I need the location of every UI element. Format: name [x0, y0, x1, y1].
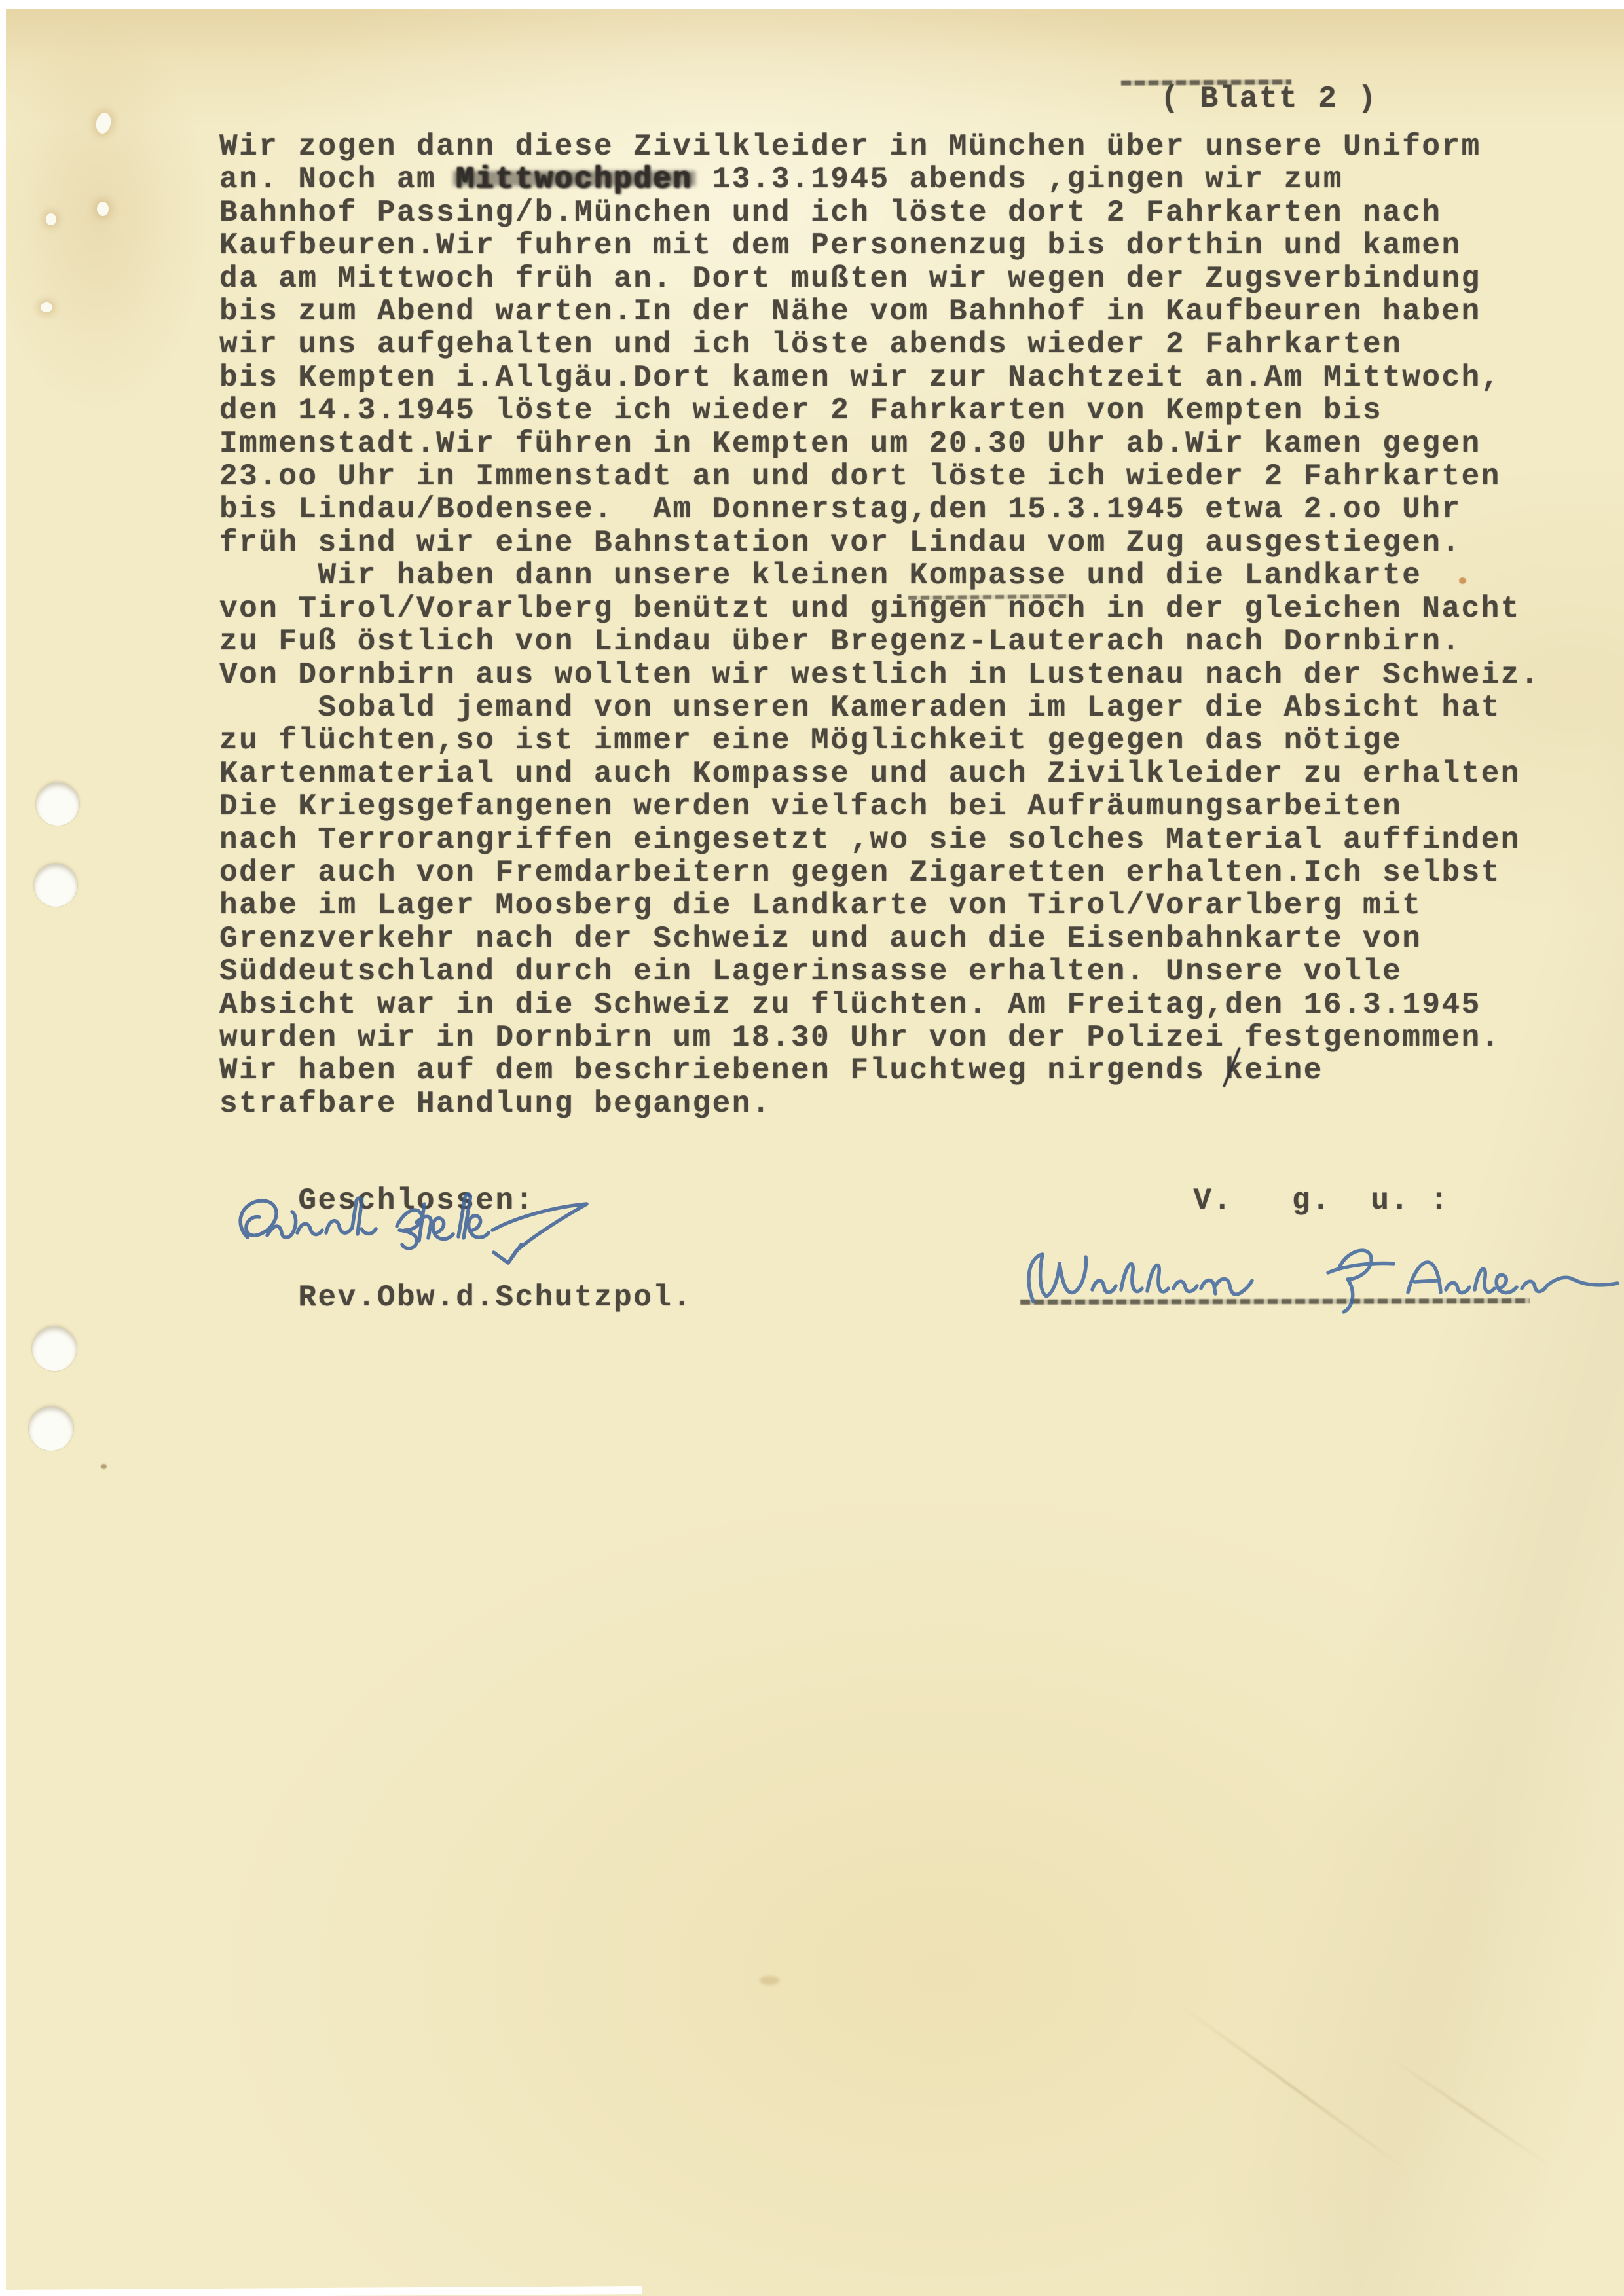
text-line: Kaufbeuren.Wir fuhren mit dem Personenzu… — [219, 229, 1540, 262]
text-line: Von Dornbirn aus wollten wir westlich in… — [219, 659, 1540, 691]
text-line: habe im Lager Moosberg die Landkarte von… — [219, 889, 1540, 922]
text-line: bis zum Abend warten.In der Nähe vom Bah… — [219, 295, 1540, 328]
text-line: Wir haben dann unsere kleinen Kompasse u… — [219, 559, 1540, 592]
officer-role: Rev.Obw.d.Schutzpol. — [219, 1248, 693, 1347]
text-line: zu Fuß östlich von Lindau über Bregenz-L… — [219, 625, 1540, 658]
header-underline — [1121, 79, 1291, 85]
text-line: Süddeutschland durch ein Lagerinsasse er… — [219, 955, 1540, 988]
text-line: Wir haben auf dem beschriebenen Fluchtwe… — [219, 1054, 1540, 1087]
text-line: da am Mittwoch früh an. Dort mußten wir … — [219, 263, 1540, 295]
punch-hole — [32, 1326, 77, 1371]
text-line: oder auch von Fremdarbeitern gegen Zigar… — [219, 856, 1540, 889]
scan-edge-bottom — [0, 2286, 642, 2296]
scanned-document-page: ( Blatt 2 ) Wir zogen dann diese Zivilkl… — [0, 0, 1624, 2296]
text-line: den 14.3.1945 löste ich wieder 2 Fahrkar… — [219, 394, 1540, 427]
paper-crease — [1178, 2003, 1407, 2170]
text-line: wurden wir in Dornbirn um 18.30 Uhr von … — [219, 1021, 1540, 1054]
paper-nick — [46, 213, 56, 225]
scan-edge-top — [0, 0, 1624, 9]
text-line: von Tirol/Vorarlberg benützt und gingen … — [219, 592, 1540, 625]
paper-nick — [41, 302, 52, 312]
scan-edge-left — [0, 0, 6, 2296]
stain-speck — [101, 1464, 107, 1469]
punch-hole — [36, 782, 79, 826]
text-line: Grenzverkehr nach der Schweiz und auch d… — [219, 922, 1540, 955]
text-line: Kartenmaterial und auch Kompasse und auc… — [219, 757, 1540, 790]
text-line: Sobald jemand von unseren Kameraden im L… — [219, 691, 1540, 724]
text-line: früh sind wir eine Bahnstation vor Linda… — [219, 526, 1540, 559]
text-line: an. Noch am Mittwochpden 13.3.1945 abend… — [219, 163, 1540, 196]
paper-nick — [97, 202, 109, 216]
paper-nick — [94, 111, 113, 135]
punch-hole — [29, 1406, 73, 1451]
witness-signature — [1008, 1224, 1624, 1362]
text-line: wir uns aufgehalten und ich löste abends… — [219, 328, 1540, 361]
punch-hole — [34, 864, 77, 907]
paper-crease — [1388, 2056, 1551, 2167]
text-line: bis Lindau/Bodensee. Am Donnerstag,den 1… — [219, 493, 1540, 526]
text-line: 23.oo Uhr in Immenstadt an und dort löst… — [219, 460, 1540, 493]
text-line: Die Kriegsgefangenen werden vielfach bei… — [219, 790, 1540, 823]
text-line: Absicht war in die Schweiz zu flüchten. … — [219, 989, 1540, 1021]
text-line: zu flüchten,so ist immer eine Möglichkei… — [219, 724, 1540, 757]
text-line: Immenstadt.Wir führen in Kempten um 20.3… — [219, 428, 1540, 460]
text-line: Wir zogen dann diese Zivilkleider in Mün… — [219, 130, 1540, 163]
text-line: nach Terrorangriffen eingesetzt ,wo sie … — [219, 824, 1540, 856]
typed-body: Wir zogen dann diese Zivilkleider in Mün… — [219, 130, 1540, 1120]
stain-speck — [760, 1976, 779, 1985]
text-line: bis Kempten i.Allgäu.Dort kamen wir zur … — [219, 361, 1540, 394]
sheet-label: ( Blatt 2 ) — [1160, 82, 1377, 116]
text-line: Bahnhof Passing/b.München und ich löste … — [219, 196, 1540, 229]
text-line: strafbare Handlung begangen. — [219, 1087, 1540, 1120]
